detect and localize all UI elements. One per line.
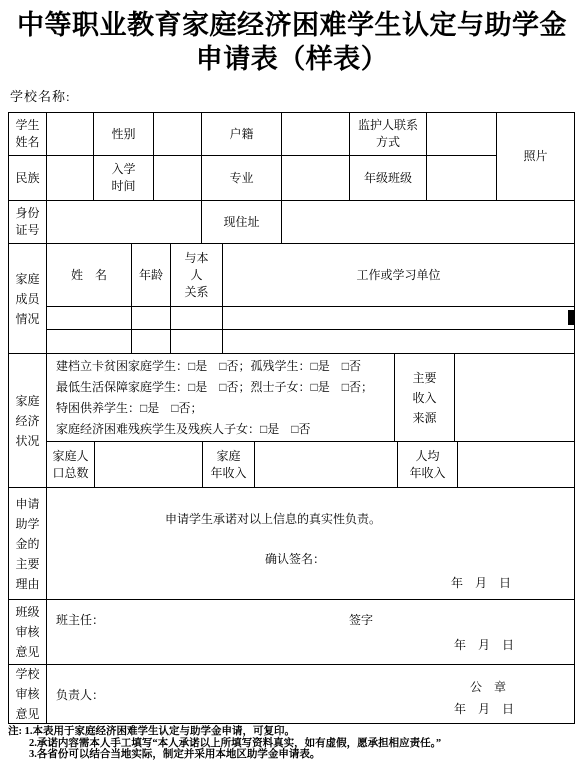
footnote-1: 注: 1.本表用于家庭经济困难学生认定与助学金申请，可复印。 [8,726,576,738]
gender-label: 性别 [93,113,153,155]
pledge-statement: 申请学生承诺对以上信息的真实性负责。 [165,510,381,527]
economic-checkbox-block: 建档立卡贫困家庭学生：□是 □否；孤残学生：□是 □否 最低生活保障家庭学生：□… [47,354,394,441]
official-seal-label: 公 章 [470,678,506,695]
school-review-area[interactable]: 负责人： 公 章 年 月 日 [46,665,574,723]
address-label: 现住址 [201,201,281,243]
grade-class-label: 年级班级 [349,156,426,200]
household-size-input[interactable] [94,442,202,487]
application-reason-section: 申请 助学 金的 主要 理由 申请学生承诺对以上信息的真实性负责。 确认签名： … [9,487,574,599]
school-date-label: 年 月 日 [454,700,514,717]
class-review-area[interactable]: 班主任： 签字 年 月 日 [46,600,574,664]
income-source-input[interactable] [454,354,574,441]
student-row-2: 民族 入学 时间 专业 年级班级 [9,155,496,200]
household-size-label: 家庭人 口总数 [47,442,94,487]
economic-section-label: 家庭 经济 状况 [9,354,46,487]
class-review-section: 班级 审核 意见 班主任： 签字 年 月 日 [9,599,574,664]
family-name-input[interactable] [47,330,131,353]
school-review-section: 学校 审核 意见 负责人： 公 章 年 月 日 [9,664,574,723]
economic-status-section: 家庭 经济 状况 建档立卡贫困家庭学生：□是 □否；孤残学生：□是 □否 最低生… [9,353,574,487]
application-section-label: 申请 助学 金的 主要 理由 [9,488,46,599]
checkbox-line-lowincome-martyr[interactable]: 最低生活保障家庭学生：□是 □否；烈士子女：□是 □否； [56,377,394,398]
student-info-left: 学生 姓名 性别 户籍 监护人联系 方式 民族 入学 时间 专业 年级 [9,113,496,200]
economic-checkbox-row: 建档立卡贫困家庭学生：□是 □否；孤残学生：□是 □否 最低生活保障家庭学生：□… [47,354,574,441]
scan-artifact-mark [568,310,574,325]
family-col-relation: 与本 人 关系 [170,244,222,306]
responsible-person-label: 负责人： [56,686,104,703]
family-members-table: 姓 名 年龄 与本 人 关系 工作或学习单位 [46,244,574,353]
income-source-label: 主要 收入 来源 [394,354,454,441]
family-members-section: 家庭 成员 情况 姓 名 年龄 与本 人 关系 工作或学习单位 [9,243,574,353]
footnote-3: 3.各省份可以结合当地实际，制定并采用本地区助学金申请表。 [8,749,576,761]
family-workunit-input[interactable] [222,330,574,353]
gender-input[interactable] [153,113,201,155]
per-capita-income-label: 人均 年收入 [397,442,457,487]
checkbox-line-extreme-support[interactable]: 特困供养学生：□是 □否； [56,398,394,419]
class-review-section-label: 班级 审核 意见 [9,600,46,664]
family-income-label: 家庭 年收入 [202,442,254,487]
economic-income-row: 家庭人 口总数 家庭 年收入 人均 年收入 [47,441,574,487]
ethnicity-label: 民族 [9,156,46,200]
title-line-1: 中等职业教育家庭经济困难学生认定与助学金 [8,8,576,42]
enroll-time-label: 入学 时间 [93,156,153,200]
photo-label: 照片 [523,148,547,165]
economic-right: 建档立卡贫困家庭学生：□是 □否；孤残学生：□是 □否 最低生活保障家庭学生：□… [46,354,574,487]
application-reason-area[interactable]: 申请学生承诺对以上信息的真实性负责。 确认签名： 年 月 日 [46,488,574,599]
id-number-input[interactable] [46,201,201,243]
address-input[interactable] [281,201,574,243]
checkbox-line-disability[interactable]: 家庭经济困难残疾学生及残疾人子女：□是 □否 [56,419,394,440]
application-date-label: 年 月 日 [451,574,511,591]
school-name-row: 学校名称: [10,86,576,105]
footnotes: 注: 1.本表用于家庭经济困难学生认定与助学金申请，可复印。 2.承诺内容需本人… [8,726,576,761]
student-info-section: 学生 姓名 性别 户籍 监护人联系 方式 民族 入学 时间 专业 年级 [9,113,574,200]
class-sign-label: 签字 [349,611,373,628]
per-capita-income-input[interactable] [457,442,577,487]
student-name-label: 学生 姓名 [9,113,46,155]
family-relation-input[interactable] [170,330,222,353]
page-title: 中等职业教育家庭经济困难学生认定与助学金 申请表（样表） [8,8,576,76]
ethnicity-input[interactable] [46,156,93,200]
family-col-age: 年龄 [131,244,170,306]
major-input[interactable] [281,156,349,200]
enroll-time-input[interactable] [153,156,201,200]
family-members-section-label: 家庭 成员 情况 [9,244,46,353]
school-name-label: 学校名称: [10,89,71,104]
id-number-label: 身份 证号 [9,201,46,243]
family-age-input[interactable] [131,330,170,353]
family-col-name: 姓 名 [47,244,131,306]
hukou-input[interactable] [281,113,349,155]
class-date-label: 年 月 日 [454,636,514,653]
family-member-row [47,329,574,353]
school-review-section-label: 学校 审核 意见 [9,665,46,723]
family-age-input[interactable] [131,307,170,329]
family-relation-input[interactable] [170,307,222,329]
footnote-2: 2.承诺内容需本人手工填写“本人承诺以上所填写资料真实，如有虚假，愿承担相应责任… [8,738,576,750]
family-name-input[interactable] [47,307,131,329]
guardian-contact-input[interactable] [426,113,496,155]
id-address-row: 身份 证号 现住址 [9,200,574,243]
hukou-label: 户籍 [201,113,281,155]
head-teacher-label: 班主任： [56,611,104,628]
title-line-2: 申请表（样表） [8,42,576,76]
family-income-input[interactable] [254,442,397,487]
family-member-row [47,306,574,329]
student-name-input[interactable] [46,113,93,155]
family-members-header: 姓 名 年龄 与本 人 关系 工作或学习单位 [47,244,574,306]
guardian-contact-label: 监护人联系 方式 [349,113,426,155]
form-page: 中等职业教育家庭经济困难学生认定与助学金 申请表（样表） 学校名称: 学生 姓名… [8,0,576,761]
family-workunit-input[interactable] [222,307,574,329]
checkbox-line-poverty-orphan[interactable]: 建档立卡贫困家庭学生：□是 □否；孤残学生：□是 □否 [56,356,394,377]
photo-placeholder[interactable]: 照片 [496,113,574,200]
grade-class-input[interactable] [426,156,496,200]
student-row-1: 学生 姓名 性别 户籍 监护人联系 方式 [9,113,496,155]
major-label: 专业 [201,156,281,200]
confirm-signature-label: 确认签名： [265,550,325,567]
family-col-workunit: 工作或学习单位 [222,244,574,306]
application-form-table: 学生 姓名 性别 户籍 监护人联系 方式 民族 入学 时间 专业 年级 [8,112,575,724]
